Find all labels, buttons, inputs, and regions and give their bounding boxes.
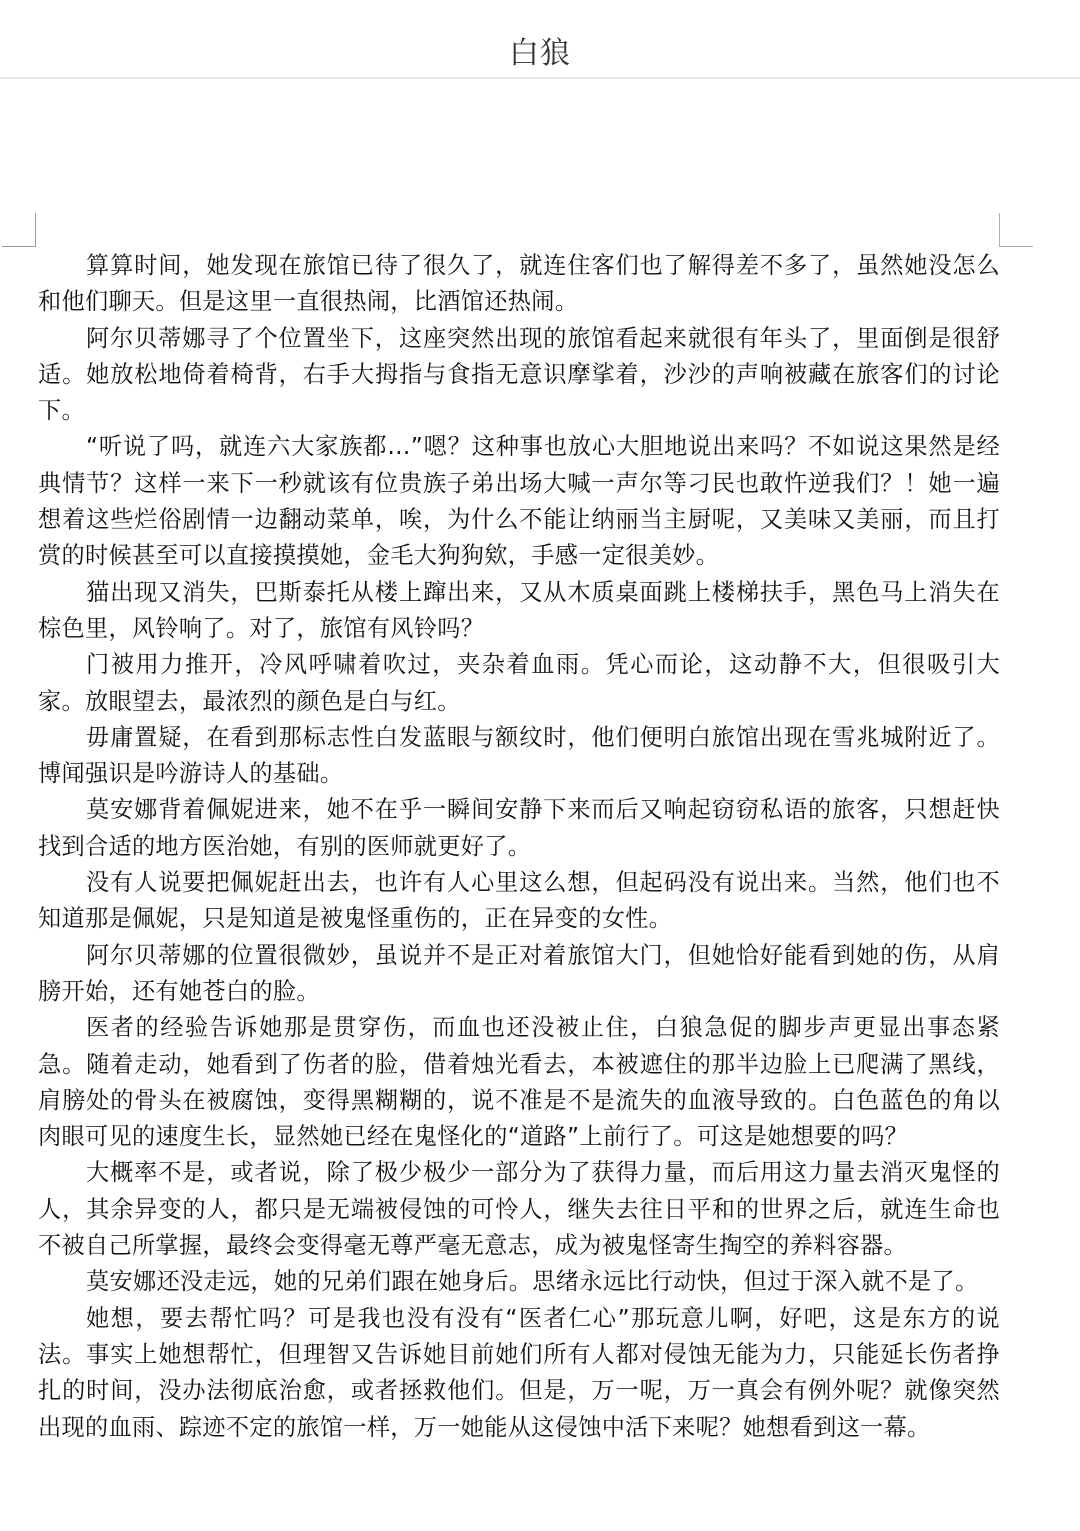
paragraph: 大概率不是，或者说，除了极少极少一部分为了获得力量，而后用这力量去消灭鬼怪的人，… bbox=[38, 1155, 1000, 1264]
paragraph: 门被用力推开，冷风呼啸着吹过，夹杂着血雨。凭心而论，这动静不大，但很吸引大家。放… bbox=[38, 647, 1000, 720]
page-margin-corner-mark-right bbox=[999, 213, 1033, 247]
document-body: 算算时间，她发现在旅馆已待了很久了，就连住客们也了解得差不多了，虽然她没怎么和他… bbox=[38, 248, 1000, 1446]
paragraph: 莫安娜还没走远，她的兄弟们跟在她身后。思绪永远比行动快，但过于深入就不是了。 bbox=[38, 1264, 1000, 1300]
paragraph: 猫出现又消失，巴斯泰托从楼上蹿出来，又从木质桌面跳上楼梯扶手，黑色马上消失在棕色… bbox=[38, 575, 1000, 648]
document-header: 白狼 bbox=[0, 0, 1080, 79]
paragraph: 莫安娜背着佩妮进来，她不在乎一瞬间安静下来而后又响起窃窃私语的旅客，只想赶快找到… bbox=[38, 792, 1000, 865]
paragraph: 没有人说要把佩妮赶出去，也许有人心里这么想，但起码没有说出来。当然，他们也不知道… bbox=[38, 865, 1000, 938]
document-title: 白狼 bbox=[0, 32, 1080, 76]
paragraph: “听说了吗，就连六大家族都…”嗯？这种事也放心大胆地说出来吗？不如说这果然是经典… bbox=[38, 429, 1000, 574]
paragraph: 毋庸置疑，在看到那标志性白发蓝眼与额纹时，他们便明白旅馆出现在雪兆城附近了。博闻… bbox=[38, 720, 1000, 793]
paragraph: 阿尔贝蒂娜寻了个位置坐下，这座突然出现的旅馆看起来就很有年头了，里面倒是很舒适。… bbox=[38, 321, 1000, 430]
paragraph: 阿尔贝蒂娜的位置很微妙，虽说并不是正对着旅馆大门，但她恰好能看到她的伤，从肩膀开… bbox=[38, 938, 1000, 1011]
page-margin-corner-mark-left bbox=[2, 213, 36, 247]
paragraph: 算算时间，她发现在旅馆已待了很久了，就连住客们也了解得差不多了，虽然她没怎么和他… bbox=[38, 248, 1000, 321]
paragraph: 她想，要去帮忙吗？可是我也没有没有“医者仁心”那玩意儿啊，好吧，这是东方的说法。… bbox=[38, 1301, 1000, 1446]
paragraph: 医者的经验告诉她那是贯穿伤，而血也还没被止住，白狼急促的脚步声更显出事态紧急。随… bbox=[38, 1010, 1000, 1155]
